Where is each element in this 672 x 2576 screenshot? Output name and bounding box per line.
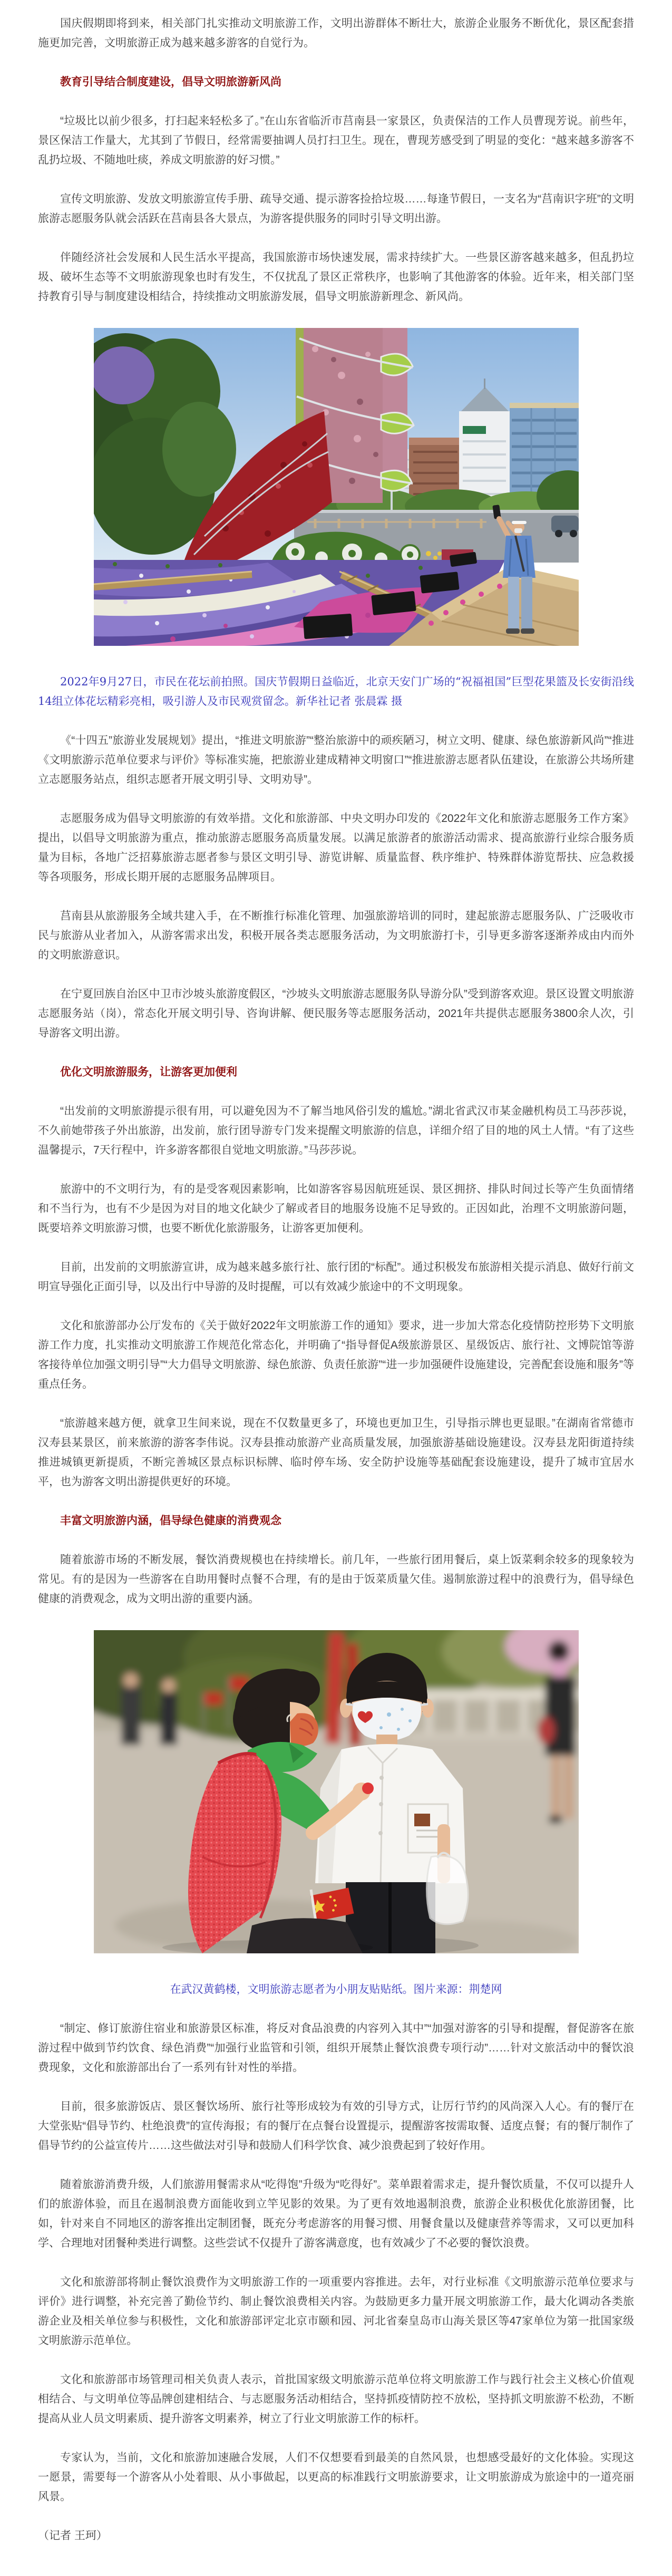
huanghelou-volunteer-photo (94, 1630, 579, 1953)
paragraph: 文化和旅游部市场管理司相关负责人表示，首批国家级文明旅游示范单位将文明旅游工作与… (38, 2370, 634, 2428)
photo-caption-2: 在武汉黄鹤楼，文明旅游志愿者为小朋友贴贴纸。图片来源：荆楚网 (38, 1980, 634, 1999)
paragraph: “旅游越来越方便，就拿卫生间来说，现在不仅数量更多了，环境也更加卫生，引导指示牌… (38, 1413, 634, 1492)
article-page: 国庆假期即将到来，相关部门扎实推动文明旅游工作，文明出游群体不断壮大，旅游企业服… (0, 0, 672, 2576)
photo-caption-1: 2022年9月27日，市民在花坛前拍照。国庆节假期日益临近，北京天安门广场的“祝… (38, 672, 634, 711)
paragraph: 莒南县从旅游服务全域共建入手，在不断推行标准化管理、加强旅游培训的同时，建起旅游… (38, 906, 634, 965)
paragraph: “垃圾比以前少很多，打扫起来轻松多了。”在山东省临沂市莒南县一家景区，负责保洁的… (38, 111, 634, 170)
paragraph: 目前，出发前的文明旅游宣讲，成为越来越多旅行社、旅行团的“标配”。通过积极发布旅… (38, 1257, 634, 1296)
paragraph: 《“十四五”旅游业发展规划》提出，“推进文明旅游”“整治旅游中的顽疾陋习，树立文… (38, 731, 634, 789)
paragraph: 目前，很多旅游饭店、景区餐饮场所、旅行社等形成较为有效的引导方式，让厉行节约的风… (38, 2097, 634, 2155)
paragraph: 在宁夏回族自治区中卫市沙坡头旅游度假区，“沙坡头文明旅游志愿服务队导游分队”受到… (38, 984, 634, 1043)
tiananmen-flower-basket-illustration (94, 328, 579, 646)
section-heading-2: 优化文明旅游服务，让游客更加便利 (38, 1062, 634, 1082)
paragraph: 文化和旅游部办公厅发布的《关于做好2022年文明旅游工作的通知》要求，进一步加大… (38, 1316, 634, 1394)
volunteer-child-illustration (94, 1630, 579, 1953)
reporter-byline: （记者 王珂） (38, 2526, 634, 2545)
paragraph: 随着旅游市场的不断发展，餐饮消费规模也在持续增长。前几年，一些旅行团用餐后，桌上… (38, 1550, 634, 1609)
paragraph: 随着旅游消费升级，人们旅游用餐需求从“吃得饱”升级为“吃得好”。菜单跟着需求走，… (38, 2175, 634, 2253)
paragraph: 旅游中的不文明行为，有的是受客观因素影响，比如游客容易因航班延误、景区拥挤、排队… (38, 1179, 634, 1238)
paragraph: 伴随经济社会发展和人民生活水平提高，我国旅游市场快速发展，需求持续扩大。一些景区… (38, 248, 634, 306)
section-heading-1: 教育引导结合制度建设，倡导文明旅游新风尚 (38, 72, 634, 92)
tiananmen-flower-basket-photo (94, 328, 579, 646)
section-heading-3: 丰富文明旅游内涵，倡导绿色健康的消费观念 (38, 1511, 634, 1531)
paragraph: “出发前的文明旅游提示很有用，可以避免因为不了解当地风俗引发的尴尬。”湖北省武汉… (38, 1101, 634, 1160)
paragraph: “制定、修订旅游住宿业和旅游景区标准，将反对食品浪费的内容列入其中”“加强对游客… (38, 2019, 634, 2077)
paragraph: 志愿服务成为倡导文明旅游的有效举措。文化和旅游部、中央文明办印发的《2022年文… (38, 809, 634, 887)
paragraph: 文化和旅游部将制止餐饮浪费作为文明旅游工作的一项重要内容推进。去年，对行业标准《… (38, 2272, 634, 2350)
paragraph: 专家认为，当前，文化和旅游加速融合发展，人们不仅想要看到最美的自然风景，也想感受… (38, 2448, 634, 2506)
paragraph: 宣传文明旅游、发放文明旅游宣传手册、疏导交通、提示游客捡拾垃圾……每逢节假日，一… (38, 189, 634, 228)
paragraph: 国庆假期即将到来，相关部门扎实推动文明旅游工作，文明出游群体不断壮大，旅游企业服… (38, 14, 634, 53)
